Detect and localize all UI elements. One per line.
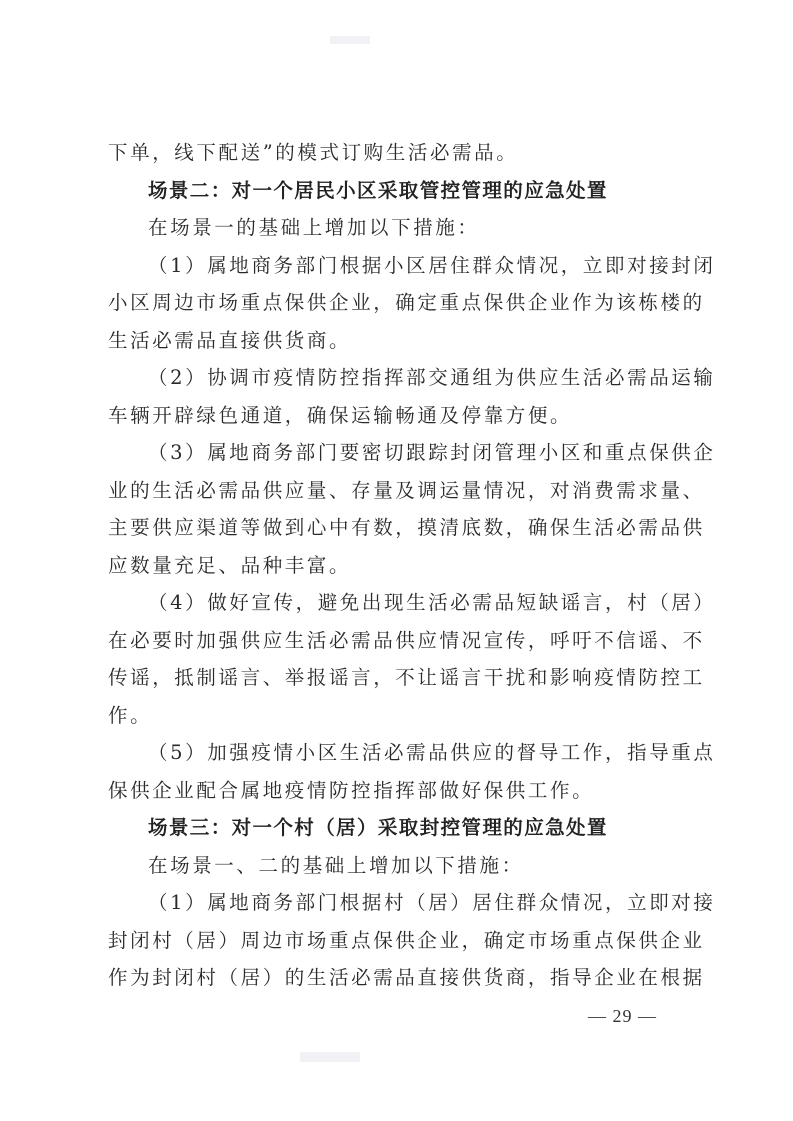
scan-artifact-top <box>330 36 370 44</box>
text-line: 在场景一、二的基础上增加以下措施： <box>108 847 688 885</box>
text-line: 业的生活必需品供应量、存量及调运量情况，对消费需求量、 <box>108 472 688 510</box>
scan-artifact-bottom <box>300 1052 360 1062</box>
text-line: 作为封闭村（居）的生活必需品直接供货商，指导企业在根据 <box>108 959 688 997</box>
document-body: 下单，线下配送”的模式订购生活必需品。场景二：对一个居民小区采取管控管理的应急处… <box>108 134 688 997</box>
text-line: 传谣，抵制谣言、举报谣言，不让谣言干扰和影响疫情防控工 <box>108 659 688 697</box>
text-line: （1）属地商务部门根据小区居住群众情况，立即对接封闭 <box>108 247 688 285</box>
text-line: 作。 <box>108 697 688 735</box>
text-line: 主要供应渠道等做到心中有数，摸清底数，确保生活必需品供 <box>108 509 688 547</box>
text-line: 小区周边市场重点保供企业，确定重点保供企业作为该栋楼的 <box>108 284 688 322</box>
text-line: 车辆开辟绿色通道，确保运输畅通及停靠方便。 <box>108 397 688 435</box>
text-line: 生活必需品直接供货商。 <box>108 322 688 360</box>
section-heading: 场景三：对一个村（居）采取封控管理的应急处置 <box>108 809 688 847</box>
text-line: 在必要时加强供应生活必需品供应情况宣传，呼吁不信谣、不 <box>108 622 688 660</box>
page-number: — 29 — <box>588 1006 657 1027</box>
text-line: 应数量充足、品种丰富。 <box>108 547 688 585</box>
section-heading: 场景二：对一个居民小区采取管控管理的应急处置 <box>108 172 688 210</box>
text-line: 保供企业配合属地疫情防控指挥部做好保供工作。 <box>108 772 688 810</box>
text-line: （2）协调市疫情防控指挥部交通组为供应生活必需品运输 <box>108 359 688 397</box>
text-line: （1）属地商务部门根据村（居）居住群众情况，立即对接 <box>108 884 688 922</box>
document-page: 下单，线下配送”的模式订购生活必需品。场景二：对一个居民小区采取管控管理的应急处… <box>0 0 793 1121</box>
text-line: （5）加强疫情小区生活必需品供应的督导工作，指导重点 <box>108 734 688 772</box>
text-line: （4）做好宣传，避免出现生活必需品短缺谣言，村（居） <box>108 584 688 622</box>
text-line: 在场景一的基础上增加以下措施： <box>108 209 688 247</box>
text-line: （3）属地商务部门要密切跟踪封闭管理小区和重点保供企 <box>108 434 688 472</box>
text-line: 下单，线下配送”的模式订购生活必需品。 <box>108 134 688 172</box>
text-line: 封闭村（居）周边市场重点保供企业，确定市场重点保供企业 <box>108 922 688 960</box>
